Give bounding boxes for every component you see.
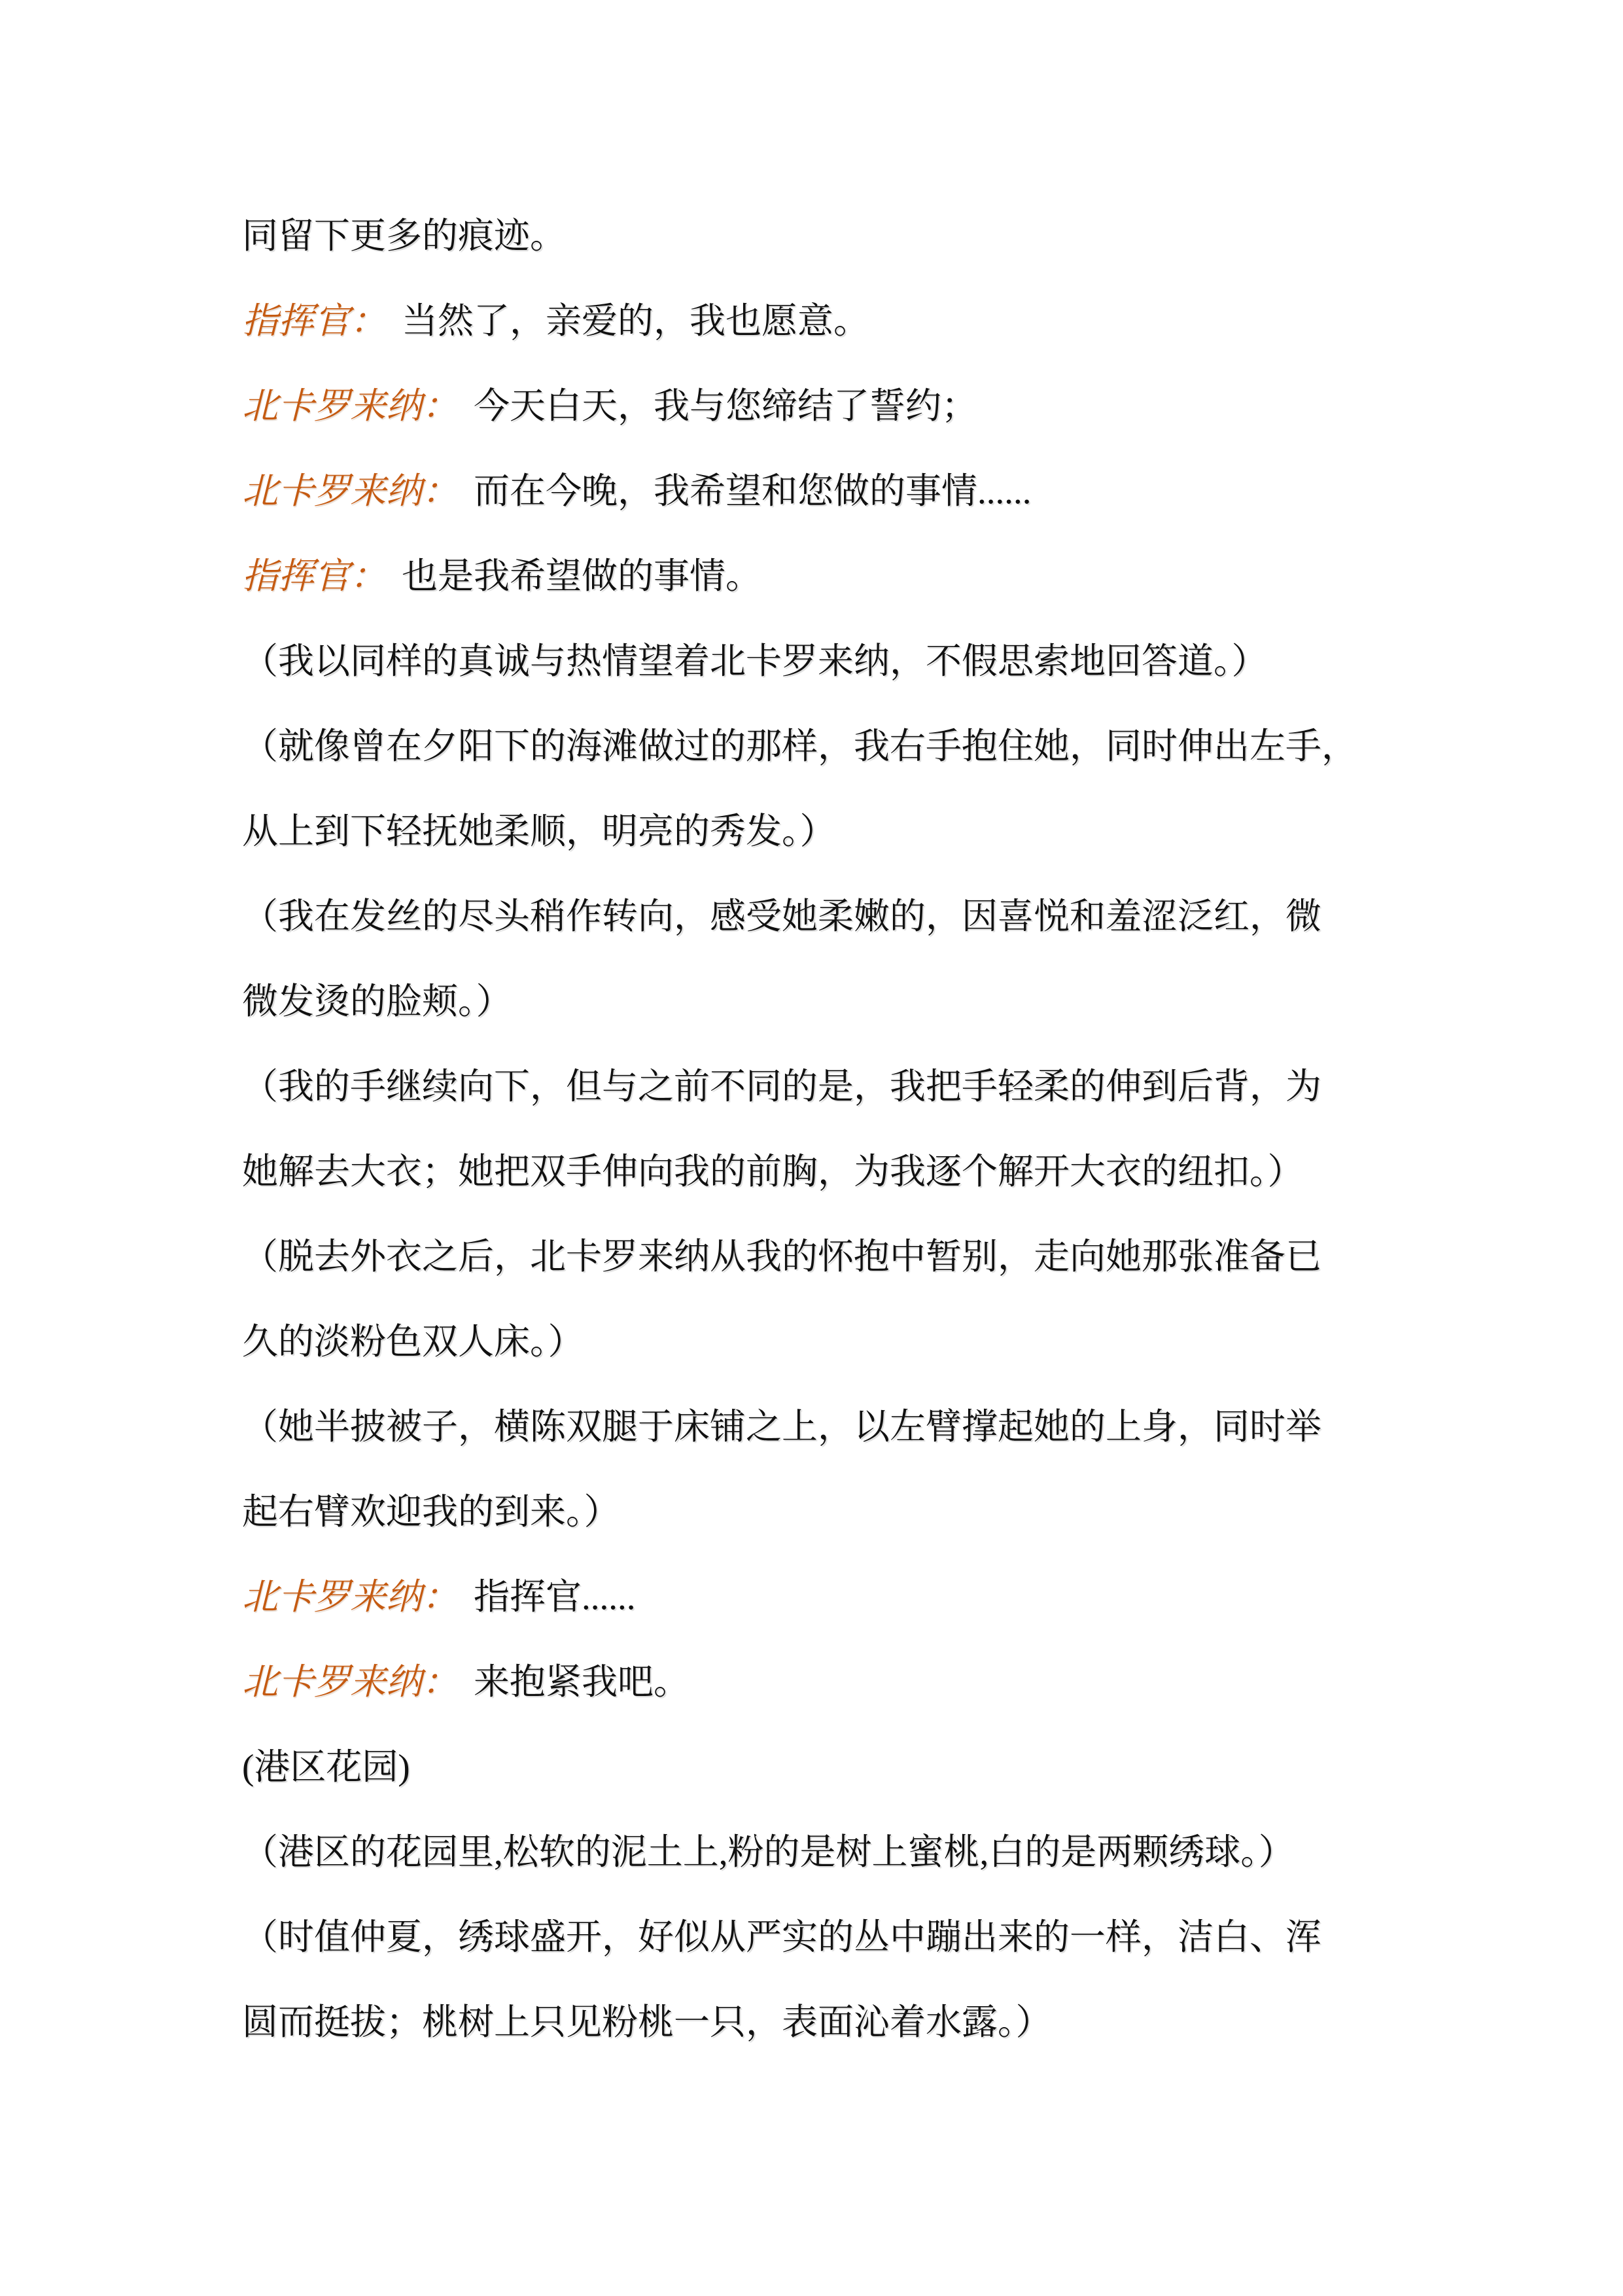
narration-line: 久的淡粉色双人床。） [242, 1299, 1393, 1385]
narration-line: （我在发丝的尽头稍作转向，感受她柔嫩的，因喜悦和羞涩泛红，微 [242, 874, 1393, 959]
line-text: 也是我希望做的事情。 [402, 556, 761, 596]
narration-line: 微发烫的脸颊。） [242, 959, 1393, 1044]
line-text: 今天白天，我与您缔结了誓约； [474, 386, 977, 426]
dialogue-line: 北卡罗来纳：今天白天，我与您缔结了誓约； [242, 364, 1393, 449]
dialogue-line: 北卡罗来纳：来抱紧我吧。 [242, 1640, 1393, 1725]
line-text: 久的淡粉色双人床。） [242, 1322, 584, 1362]
narration-line: 从上到下轻抚她柔顺，明亮的秀发。） [242, 789, 1393, 874]
line-text: （时值仲夏，绣球盛开，好似从严实的丛中蹦出来的一样，洁白、浑 [242, 1917, 1321, 1957]
text-line: 同留下更多的痕迹。 [242, 194, 1393, 279]
narration-line: （我以同样的真诚与热情望着北卡罗来纳，不假思索地回答道。） [242, 619, 1393, 704]
narration-line: （港区的花园里,松软的泥土上,粉的是树上蜜桃,白的是两颗绣球。） [242, 1810, 1393, 1895]
line-text: 而在今晚，我希望和您做的事情...... [474, 471, 1032, 511]
line-text: 圆而挺拔；桃树上只见粉桃一只，表面沁着水露。） [242, 2002, 1052, 2042]
line-text: 来抱紧我吧。 [474, 1662, 689, 1702]
narration-line: （她半披被子，横陈双腿于床铺之上，以左臂撑起她的上身，同时举 [242, 1385, 1393, 1470]
dialogue-line: 指挥官：也是我希望做的事情。 [242, 534, 1393, 619]
dialogue-line: 北卡罗来纳：而在今晚，我希望和您做的事情...... [242, 449, 1393, 534]
speaker-name: 指挥官： [242, 301, 386, 341]
narration-line: （时值仲夏，绣球盛开，好似从严实的丛中蹦出来的一样，洁白、浑 [242, 1895, 1393, 1980]
narration-line: 她解去大衣；她把双手伸向我的前胸，为我逐个解开大衣的纽扣。） [242, 1129, 1393, 1214]
narration-line: 圆而挺拔；桃树上只见粉桃一只，表面沁着水露。） [242, 1980, 1393, 2065]
line-text: 同留下更多的痕迹。 [242, 216, 566, 256]
line-text: （我的手继续向下，但与之前不同的是，我把手轻柔的伸到后背，为 [242, 1067, 1321, 1106]
narration-line: （就像曾在夕阳下的海滩做过的那样，我右手抱住她，同时伸出左手， [242, 704, 1393, 789]
narration-line: 起右臂欢迎我的到来。） [242, 1470, 1393, 1555]
narration-line: （脱去外衣之后，北卡罗来纳从我的怀抱中暂别，走向她那张准备已 [242, 1214, 1393, 1299]
speaker-name: 北卡罗来纳： [242, 386, 458, 426]
line-text: （她半披被子，横陈双腿于床铺之上，以左臂撑起她的上身，同时举 [242, 1407, 1321, 1447]
line-text: （我以同样的真诚与热情望着北卡罗来纳，不假思索地回答道。） [242, 641, 1268, 681]
dialogue-line: 指挥官：当然了，亲爱的，我也愿意。 [242, 279, 1393, 364]
speaker-name: 北卡罗来纳： [242, 1662, 458, 1702]
line-text: （我在发丝的尽头稍作转向，感受她柔嫩的，因喜悦和羞涩泛红，微 [242, 896, 1321, 936]
line-text: 当然了，亲爱的，我也愿意。 [402, 301, 869, 341]
speaker-name: 北卡罗来纳： [242, 471, 458, 511]
scene-heading: (港区花园) [242, 1725, 1393, 1810]
line-text: 她解去大衣；她把双手伸向我的前胸，为我逐个解开大衣的纽扣。） [242, 1152, 1304, 1192]
line-text: 从上到下轻抚她柔顺，明亮的秀发。） [242, 811, 836, 851]
line-text: （脱去外衣之后，北卡罗来纳从我的怀抱中暂别，走向她那张准备已 [242, 1237, 1321, 1277]
dialogue-line: 北卡罗来纳：指挥官...... [242, 1555, 1393, 1640]
narration-line: （我的手继续向下，但与之前不同的是，我把手轻柔的伸到后背，为 [242, 1044, 1393, 1129]
line-text: （港区的花园里,松软的泥土上,粉的是树上蜜桃,白的是两颗绣球。） [242, 1832, 1295, 1872]
speaker-name: 指挥官： [242, 556, 386, 596]
line-text: （就像曾在夕阳下的海滩做过的那样，我右手抱住她，同时伸出左手， [242, 726, 1357, 766]
line-text: 微发烫的脸颊。） [242, 981, 512, 1021]
line-text: 指挥官...... [474, 1577, 636, 1617]
document-page: 同留下更多的痕迹。 指挥官：当然了，亲爱的，我也愿意。 北卡罗来纳：今天白天，我… [242, 194, 1393, 2065]
line-text: 起右臂欢迎我的到来。） [242, 1492, 620, 1532]
speaker-name: 北卡罗来纳： [242, 1577, 458, 1617]
line-text: (港区花园) [242, 1747, 410, 1787]
